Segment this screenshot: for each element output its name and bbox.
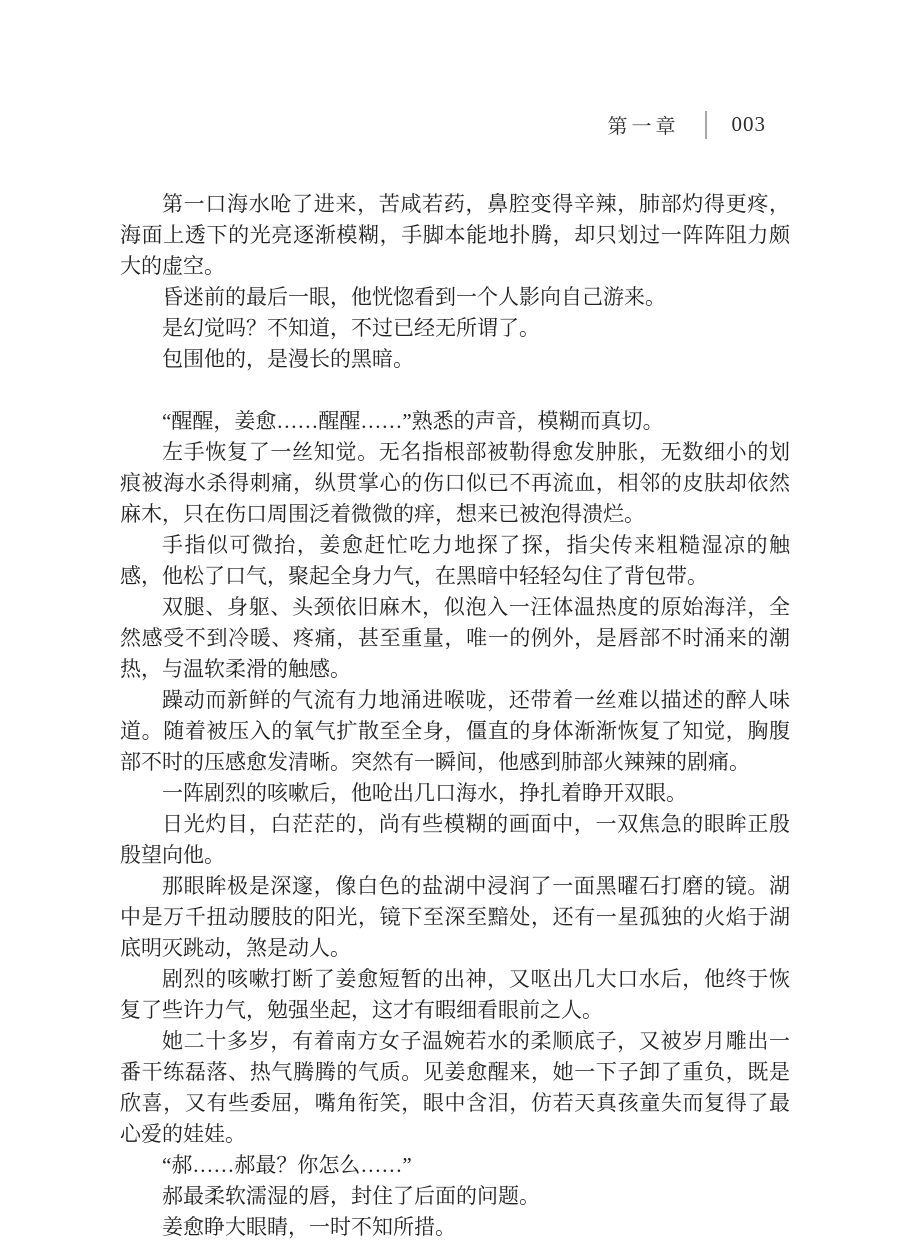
paragraph: “郝……郝最？你怎么……”	[120, 1150, 790, 1181]
paragraph: 是幻觉吗？不知道，不过已经无所谓了。	[120, 313, 790, 344]
page-number: 003	[732, 112, 767, 137]
chapter-title: 第一章	[608, 110, 680, 139]
paragraph: 姜愈睁大眼睛，一时不知所措。	[120, 1212, 790, 1243]
page-header: 第一章 003	[608, 110, 767, 139]
header-divider	[705, 111, 707, 139]
paragraph: 第一口海水呛了进来，苦咸若药，鼻腔变得辛辣，肺部灼得更疼，海面上透下的光亮逐渐模…	[120, 189, 790, 282]
paragraph: 郝最柔软濡湿的唇，封住了后面的问题。	[120, 1181, 790, 1212]
paragraph: 日光灼目，白茫茫的，尚有些模糊的画面中，一双焦急的眼眸正殷殷望向他。	[120, 809, 790, 871]
paragraph	[120, 375, 790, 406]
paragraph: 她二十多岁，有着南方女子温婉若水的柔顺底子，又被岁月雕出一番干练磊落、热气腾腾的…	[120, 1026, 790, 1150]
paragraph: 昏迷前的最后一眼，他恍惚看到一个人影向自己游来。	[120, 282, 790, 313]
paragraph: 一阵剧烈的咳嗽后，他呛出几口海水，挣扎着睁开双眼。	[120, 778, 790, 809]
paragraph: 那眼眸极是深邃，像白色的盐湖中浸润了一面黑曜石打磨的镜。湖中是万千扭动腰肢的阳光…	[120, 871, 790, 964]
paragraph: 双腿、身躯、头颈依旧麻木，似泡入一汪体温热度的原始海洋，全然感受不到冷暖、疼痛，…	[120, 592, 790, 685]
paragraph: 左手恢复了一丝知觉。无名指根部被勒得愈发肿胀，无数细小的划痕被海水杀得刺痛，纵贯…	[120, 437, 790, 530]
paragraph: 手指似可微抬，姜愈赶忙吃力地探了探，指尖传来粗糙湿凉的触感，他松了口气，聚起全身…	[120, 530, 790, 592]
paragraph: “醒醒，姜愈……醒醒……”熟悉的声音，模糊而真切。	[120, 406, 790, 437]
book-page: 第一章 003 第一口海水呛了进来，苦咸若药，鼻腔变得辛辣，肺部灼得更疼，海面上…	[0, 0, 900, 1258]
paragraph: 剧烈的咳嗽打断了姜愈短暂的出神，又呕出几大口水后，他终于恢复了些许力气，勉强坐起…	[120, 964, 790, 1026]
body-text-block: 第一口海水呛了进来，苦咸若药，鼻腔变得辛辣，肺部灼得更疼，海面上透下的光亮逐渐模…	[120, 189, 790, 1243]
paragraph: 包围他的，是漫长的黑暗。	[120, 344, 790, 375]
paragraph: 躁动而新鲜的气流有力地涌进喉咙，还带着一丝难以描述的醉人味道。随着被压入的氧气扩…	[120, 685, 790, 778]
